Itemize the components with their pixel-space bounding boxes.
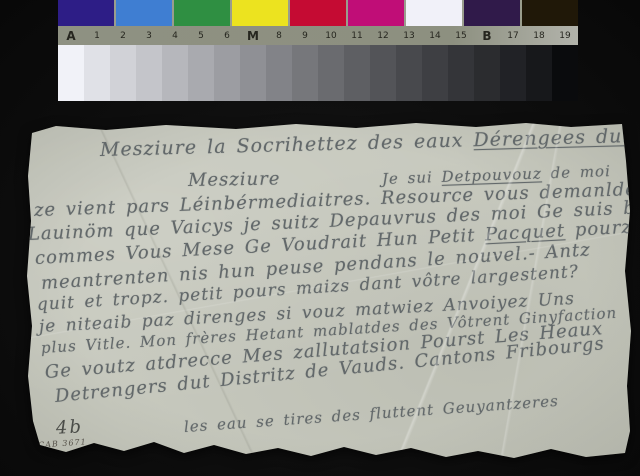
gray-step-17 — [474, 45, 500, 101]
bar-label-17: 17 — [500, 31, 526, 41]
letter-line-1: Mesziure la Socrihettez des eaux Dérenge… — [100, 123, 640, 161]
bar-label-A: A — [58, 29, 84, 43]
gray-step-12 — [344, 45, 370, 101]
color-patch-magenta — [348, 0, 404, 26]
gray-step-5 — [162, 45, 188, 101]
gray-step-13 — [370, 45, 396, 101]
bar-label-6: 6 — [214, 31, 240, 41]
bar-label-M: M — [240, 29, 266, 43]
grayscale-row — [58, 45, 578, 101]
letter-paper: Mesziure la Socrihettez des eaux Dérenge… — [26, 121, 632, 465]
bar-label-4: 4 — [162, 31, 188, 41]
letter-paper-wrap: Mesziure la Socrihettez des eaux Dérenge… — [26, 121, 632, 465]
bar-label-11: 11 — [344, 31, 370, 41]
color-patch-red — [290, 0, 346, 26]
gray-step-16 — [448, 45, 474, 101]
photo-stage: A123456M89101112131415B171819 Mesziure l… — [0, 0, 640, 476]
bar-label-5: 5 — [188, 31, 214, 41]
color-patch-white — [406, 0, 462, 26]
bar-label-8: 8 — [266, 31, 292, 41]
color-patch-blue — [116, 0, 172, 26]
color-patch-row — [58, 0, 578, 26]
gray-step-2 — [84, 45, 110, 101]
text-segment: Mesziure la Socrihettez des eaux — [100, 129, 474, 161]
gray-step-9 — [266, 45, 292, 101]
gray-step-11 — [318, 45, 344, 101]
gray-step-3 — [110, 45, 136, 101]
bar-label-13: 13 — [396, 31, 422, 41]
color-patch-dark-violet — [464, 0, 520, 26]
gray-step-10 — [292, 45, 318, 101]
bar-label-9: 9 — [292, 31, 318, 41]
catalog-code-annotation: CAB 3671 — [38, 437, 87, 449]
bar-label-18: 18 — [526, 31, 552, 41]
color-calibration-bar: A123456M89101112131415B171819 — [58, 0, 578, 101]
handwriting-layer: Mesziure la Socrihettez des eaux Dérenge… — [26, 121, 632, 465]
bar-label-10: 10 — [318, 31, 344, 41]
bar-label-19: 19 — [552, 31, 578, 41]
gray-step-6 — [188, 45, 214, 101]
letter-line-2a: Mesziure — [188, 168, 281, 191]
bar-label-2: 2 — [110, 31, 136, 41]
gray-step-20 — [552, 45, 578, 101]
bar-label-12: 12 — [370, 31, 396, 41]
label-strip: A123456M89101112131415B171819 — [58, 26, 578, 45]
gray-step-7 — [214, 45, 240, 101]
bar-label-B: B — [474, 29, 500, 43]
gray-step-4 — [136, 45, 162, 101]
bar-label-15: 15 — [448, 31, 474, 41]
gray-step-14 — [396, 45, 422, 101]
text-segment: Je sui — [382, 168, 442, 188]
underlined-text: Dérengees dut Canton — [473, 123, 640, 151]
color-patch-dark-brown — [522, 0, 578, 26]
text-segment: les eau se tires des fluttent Geuyantzer… — [183, 392, 559, 436]
text-segment: pourz — [565, 217, 633, 241]
letter-line-12: les eau se tires des fluttent Geuyantzer… — [183, 392, 559, 436]
color-patch-green — [174, 0, 230, 26]
gray-step-19 — [526, 45, 552, 101]
color-patch-deep-blue — [58, 0, 114, 26]
bar-label-3: 3 — [136, 31, 162, 41]
color-patch-yellow — [232, 0, 288, 26]
pencil-number-annotation: 4b — [55, 416, 83, 438]
gray-step-18 — [500, 45, 526, 101]
gray-step-1 — [58, 45, 84, 101]
bar-label-1: 1 — [84, 31, 110, 41]
gray-step-15 — [422, 45, 448, 101]
gray-step-8 — [240, 45, 266, 101]
text-segment: Mesziure — [188, 168, 281, 191]
bar-label-14: 14 — [422, 31, 448, 41]
